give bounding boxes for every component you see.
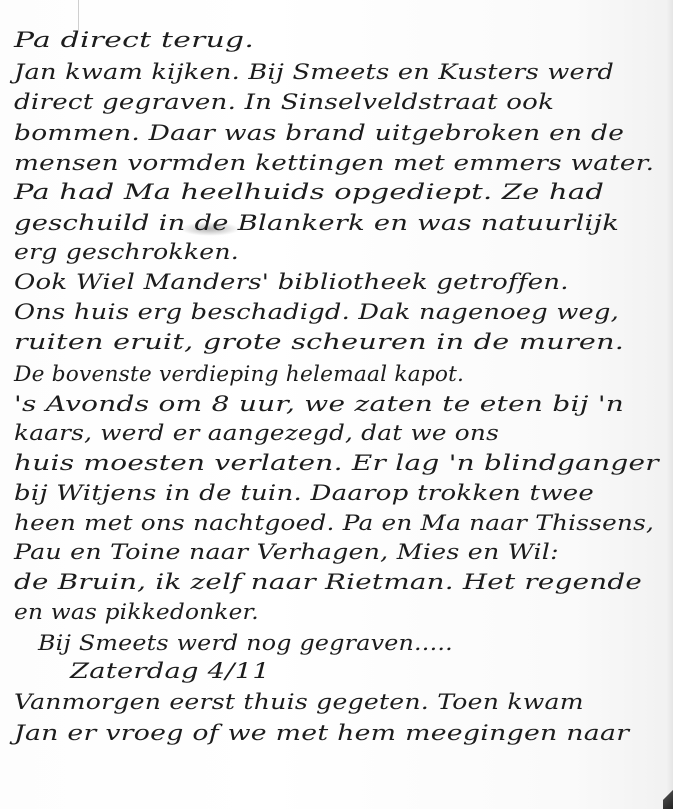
handwritten-line: Pa direct terug. <box>14 28 254 53</box>
handwritten-line: Ook Wiel Manders' bibliotheek getroffen. <box>14 270 569 295</box>
handwritten-line: direct gegraven. In Sinselveldstraat ook <box>14 90 554 115</box>
handwritten-line: de Bruin, ik zelf naar Rietman. Het rege… <box>14 570 642 595</box>
handwritten-line: ruiten eruit, grote scheuren in de muren… <box>14 330 624 355</box>
paper-edge-shadow <box>667 0 673 809</box>
handwritten-line: 's Avonds om 8 uur, we zaten te eten bij… <box>14 392 624 417</box>
handwritten-line: erg geschrokken. <box>14 240 239 265</box>
handwritten-page: Pa direct terug.Jan kwam kijken. Bij Sme… <box>0 0 673 809</box>
handwritten-line: Bij Smeets werd nog gegraven..... <box>38 631 453 656</box>
handwritten-line: Jan er vroeg of we met hem meegingen naa… <box>14 721 629 746</box>
handwritten-line: Pau en Toine naar Verhagen, Mies en Wil: <box>14 540 559 565</box>
handwritten-line: mensen vormden kettingen met emmers wate… <box>14 151 654 176</box>
handwritten-line: Zaterdag 4/11 <box>70 659 270 684</box>
handwritten-line: Jan kwam kijken. Bij Smeets en Kusters w… <box>14 60 614 85</box>
handwritten-line: Pa had Ma heelhuids opgediept. Ze had <box>14 180 604 205</box>
handwritten-line: bommen. Daar was brand uitgebroken en de <box>14 121 624 146</box>
handwritten-line: Vanmorgen eerst thuis gegeten. Toen kwam <box>14 690 584 715</box>
handwritten-line: en was pikkedonker. <box>14 600 259 625</box>
page-corner-mark <box>663 787 673 809</box>
handwritten-line: bij Witjens in de tuin. Daarop trokken t… <box>14 481 594 506</box>
margin-line <box>78 0 79 30</box>
handwritten-line: geschuild in de Blankerk en was natuurli… <box>14 211 619 236</box>
handwritten-line: De bovenste verdieping helemaal kapot. <box>14 362 464 387</box>
handwritten-line: huis moesten verlaten. Er lag 'n blindga… <box>14 451 659 476</box>
handwritten-line: Ons huis erg beschadigd. Dak nagenoeg we… <box>14 300 619 325</box>
handwritten-line: kaars, werd er aangezegd, dat we ons <box>14 421 499 446</box>
handwritten-line: heen met ons nachtgoed. Pa en Ma naar Th… <box>14 511 654 536</box>
